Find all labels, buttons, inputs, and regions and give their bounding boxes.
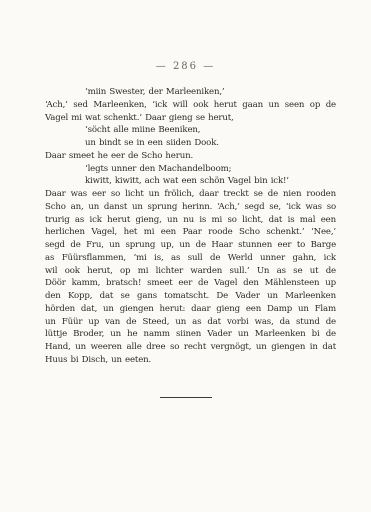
text-line: Daar was eer so licht un frölich, daar t… — [45, 188, 336, 201]
text-line: Scho an, un danst un sprung herinn. ‘Ach… — [45, 201, 336, 214]
section-divider — [160, 397, 212, 398]
text-line: den Kopp, dat se gans tomatscht. De Vade… — [45, 290, 336, 303]
text-line: kiwitt, kiwitt, ach wat een schön Vagel … — [45, 175, 336, 188]
text-line: hörden dat, un giengen herut: daar gieng… — [45, 303, 336, 316]
text-line: ‘miin Swester, der Marleeniken,’ — [45, 86, 336, 99]
text-line: un bindt se in een siiden Dook. — [45, 137, 336, 150]
text-line: lüttje Broder, un he namm siinen Vader u… — [45, 328, 336, 341]
text-line: Huus bi Disch, un eeten. — [45, 354, 336, 367]
text-line: Vagel mi wat schenkt.’ Daar gieng se her… — [45, 112, 336, 125]
text-block: ‘miin Swester, der Marleeniken,’‘Ach,’ s… — [45, 86, 336, 367]
text-line: ‘Ach,’ sed Marleenken, ‘ick will ook her… — [45, 99, 336, 112]
text-line: wil ook herut, op mi lichter warden sull… — [45, 265, 336, 278]
text-line: ‘legts unner den Machandelboom; — [45, 163, 336, 176]
text-line: segd de Fru, un sprung up, un de Haar st… — [45, 239, 336, 252]
text-line: ‘söcht alle miine Beeniken, — [45, 124, 336, 137]
text-line: trurig as ick herut gieng, un nu is mi s… — [45, 214, 336, 227]
book-page: — 286 — ‘miin Swester, der Marleeniken,’… — [0, 0, 371, 512]
text-line: herlichen Vagel, het mi een Paar roode S… — [45, 226, 336, 239]
text-line: Hand, un weeren alle dree so recht vergn… — [45, 341, 336, 354]
text-line: as Füürsflammen, ‘mi is, as sull de Werl… — [45, 252, 336, 265]
text-line: un Füür up van de Steed, un as dat vorbi… — [45, 316, 336, 329]
page-number: — 286 — — [0, 61, 371, 72]
text-line: Döör kamm, bratsch! smeet eer de Vagel d… — [45, 277, 336, 290]
text-line: Daar smeet he eer de Scho herun. — [45, 150, 336, 163]
